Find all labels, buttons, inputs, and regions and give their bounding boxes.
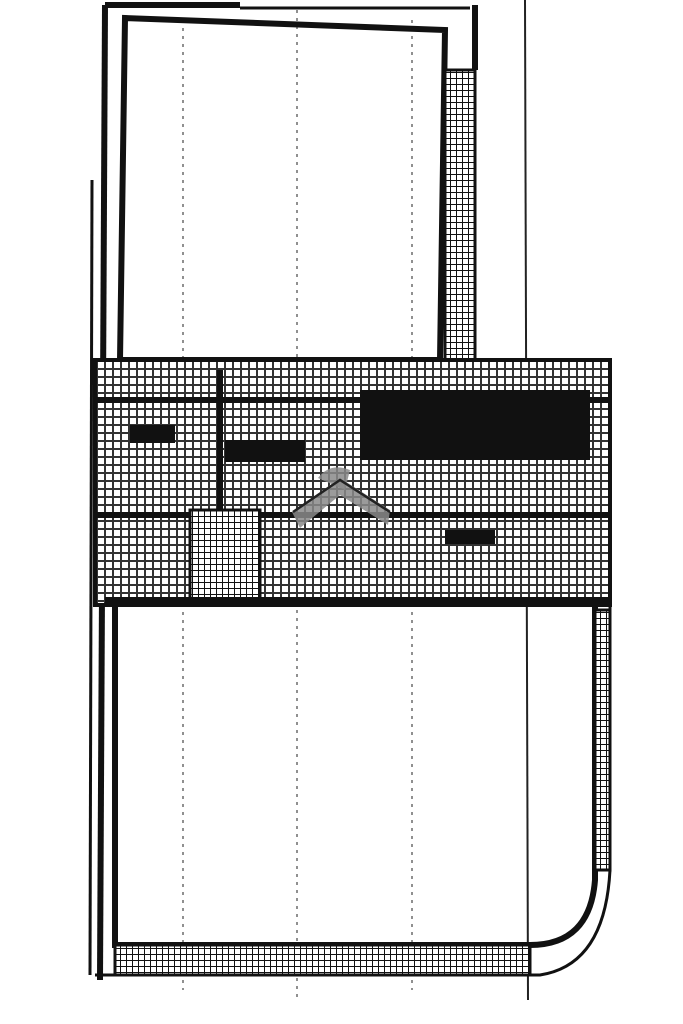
service-core <box>95 360 610 605</box>
stair-block <box>360 390 590 460</box>
upper-room <box>105 5 475 370</box>
floor-plan <box>0 0 683 1024</box>
lift-shaft <box>190 510 260 600</box>
exterior-wall-bottom <box>115 945 530 975</box>
wall-column-right <box>445 70 475 370</box>
lower-room <box>95 600 610 975</box>
